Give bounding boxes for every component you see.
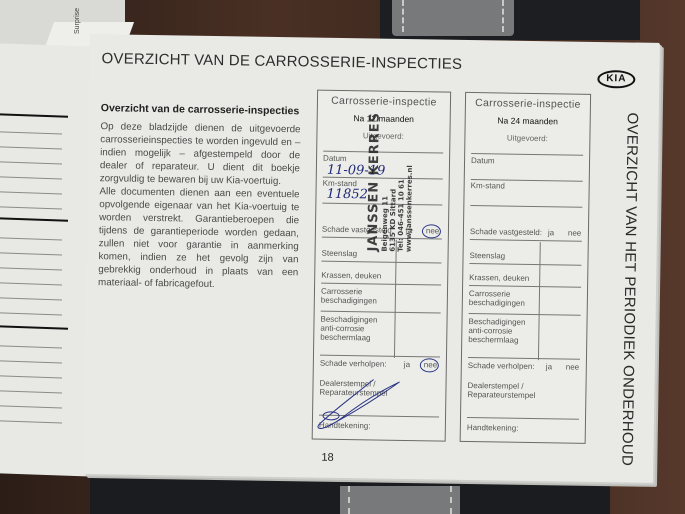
booklet-page: OVERZICHT VAN DE CARROSSERIE-INSPECTIES …: [83, 34, 660, 483]
kia-logo: KIA: [597, 70, 635, 89]
form-line: [0, 131, 62, 134]
divider: [470, 239, 582, 242]
intro-heading: Overzicht van de carrosserie-inspecties: [101, 102, 301, 118]
form-line: [0, 191, 62, 194]
dealer-stamp: JANSSEN KERRES Beigenweg 11 6135 KD Sitt…: [366, 112, 415, 252]
form-line: [0, 217, 68, 221]
km-label: Km-stand: [471, 181, 505, 191]
card-period: Na 24 maanden: [466, 115, 590, 127]
form-line: [0, 161, 62, 164]
form-line: [0, 405, 62, 408]
form-line: [0, 390, 62, 393]
column-divider: [538, 242, 541, 360]
divider: [469, 313, 581, 316]
form-line: [0, 113, 68, 117]
divider: [467, 417, 579, 420]
row-stone-chips: Steenslag: [469, 251, 505, 261]
card-title: Carrosserie-inspectie: [466, 97, 590, 111]
inspection-card-12-months: Carrosserie-inspectie Na 12 maanden Uitg…: [312, 90, 451, 442]
intro-paragraph-1: Op deze bladzijde dienen de uitgevoerde …: [100, 120, 301, 188]
leather-strap-top: [392, 0, 514, 36]
form-line: [0, 360, 62, 363]
dealer-stamp-label: Dealerstempel / Reparateurstempel: [467, 381, 585, 401]
intro-paragraph-2: Alle documenten dienen aan een eventuele…: [98, 185, 300, 292]
form-line: [0, 375, 62, 378]
intro-section: Overzicht van de carrosserie-inspecties …: [98, 102, 301, 292]
form-line: [0, 325, 68, 329]
inspection-card-24-months: Carrosserie-inspectie Na 24 maanden Uitg…: [460, 92, 591, 444]
form-line: [0, 345, 62, 348]
damage-found-yes[interactable]: ja: [548, 228, 554, 237]
divider: [469, 285, 581, 288]
leather-strap-bottom: [340, 486, 460, 514]
done-label: Uitgevoerd:: [465, 133, 589, 144]
form-line: [0, 176, 62, 179]
vertical-section-title: OVERZICHT VAN HET PERIODIEK ONDERHOUD: [618, 112, 641, 466]
form-line: [0, 297, 62, 300]
left-page: [0, 43, 93, 476]
page-number: 18: [321, 452, 333, 464]
damage-found-label: Schade vastgesteld:: [470, 227, 542, 237]
form-line: [0, 237, 62, 240]
damage-fixed-label: Schade verholpen:: [468, 361, 535, 371]
row-body-damage: Carrosserie beschadigingen: [469, 289, 535, 308]
damage-found-no[interactable]: nee: [568, 229, 581, 238]
damage-fixed-no[interactable]: nee: [566, 363, 579, 372]
form-line: [0, 267, 62, 270]
date-label: Datum: [471, 156, 495, 165]
form-line: [0, 420, 62, 423]
divider: [468, 357, 580, 360]
form-line: [0, 282, 62, 285]
damage-fixed-yes[interactable]: ja: [546, 362, 552, 371]
back-booklet-label: Surprise: [74, 8, 81, 34]
form-line: [0, 206, 62, 209]
divider: [469, 263, 581, 266]
row-anticorrosion: Beschadigingen anti-corrosie beschermlaa…: [468, 317, 534, 345]
form-line: [0, 312, 62, 315]
form-line: [0, 252, 62, 255]
km-field[interactable]: [470, 205, 582, 208]
signature-label: Handtekening:: [467, 423, 519, 433]
form-line: [0, 146, 62, 149]
row-scratches-dents: Krassen, deuken: [469, 273, 529, 283]
page-title: OVERZICHT VAN DE CARROSSERIE-INSPECTIES: [101, 50, 462, 73]
